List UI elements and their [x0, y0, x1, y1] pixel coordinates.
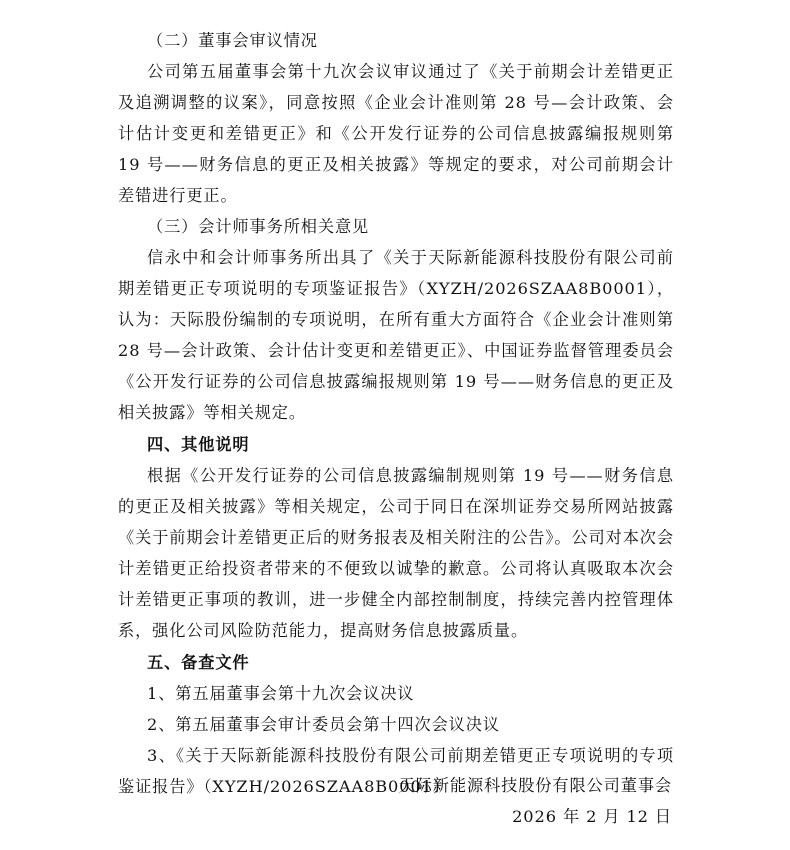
- board-review-paragraph: 公司第五届董事会第十九次会议审议通过了《关于前期会计差错更正及追溯调整的议案》，…: [118, 56, 674, 211]
- section-heading-board-review: （二）董事会审议情况: [118, 25, 674, 56]
- section-heading-other-notes: 四、其他说明: [118, 429, 674, 460]
- signature-date: 2026 年 2 月 12 日: [512, 803, 672, 827]
- auditor-opinion-paragraph: 信永中和会计师事务所出具了《关于天际新能源科技股份有限公司前期差错更正专项说明的…: [118, 242, 674, 428]
- other-notes-paragraph: 根据《公开发行证券的公司信息披露编制规则第 19 号——财务信息的更正及相关披露…: [118, 460, 674, 646]
- reference-document-item: 1、第五届董事会第十九次会议决议: [118, 678, 674, 709]
- signature-organization: 天际新能源科技股份有限公司董事会: [399, 772, 672, 796]
- reference-document-item: 2、第五届董事会审计委员会第十四次会议决议: [118, 709, 674, 740]
- section-heading-auditor-opinion: （三）会计师事务所相关意见: [118, 211, 674, 242]
- section-heading-reference-documents: 五、备查文件: [118, 647, 674, 678]
- document-body: （二）董事会审议情况 公司第五届董事会第十九次会议审议通过了《关于前期会计差错更…: [118, 25, 674, 802]
